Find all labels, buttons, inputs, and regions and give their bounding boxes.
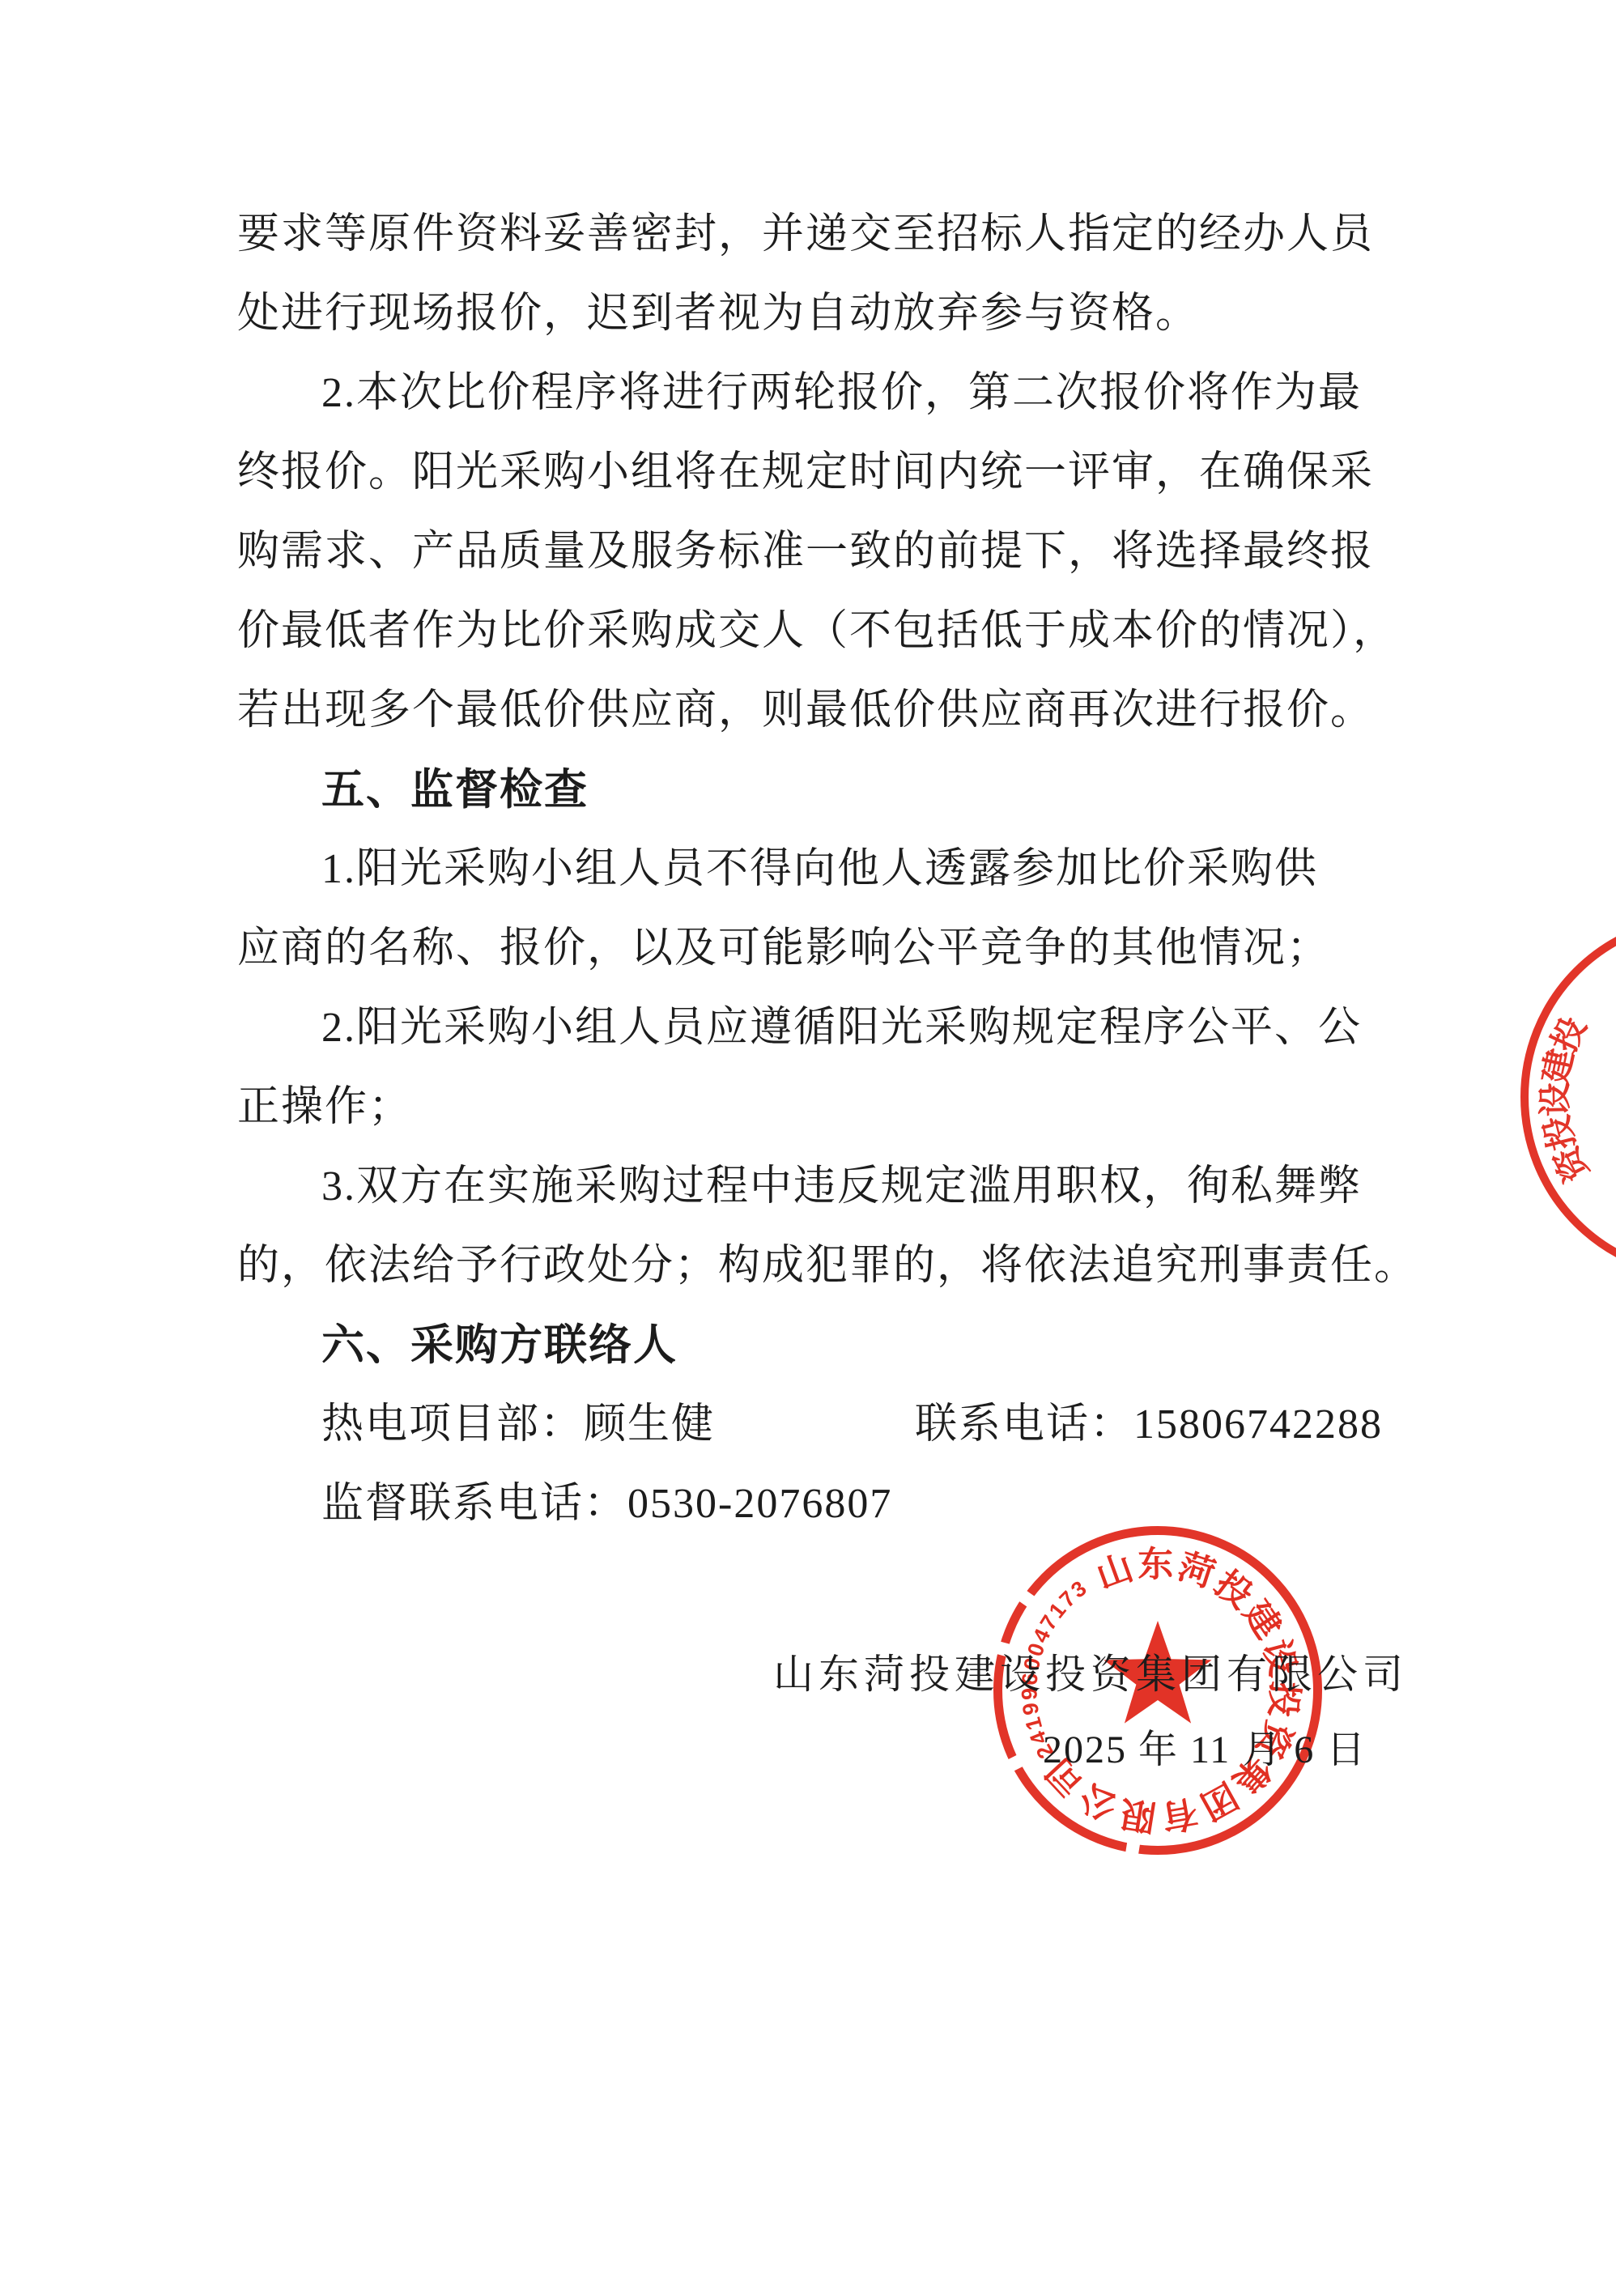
edge-seal: 投建设投资 — [1520, 915, 1616, 1279]
contact-phone: 联系电话：15806742288 — [915, 1402, 1383, 1448]
text-line: 处进行现场报价，迟到者视为自动放弃参与资格。 — [237, 291, 1371, 337]
section-heading: 五、监督检查 — [237, 767, 1455, 813]
text-line: 若出现多个最低价供应商，则最低价供应商再次进行报价。 — [237, 688, 1371, 733]
text-line: 购需求、产品质量及服务标准一致的前提下，将选择最终报 — [237, 529, 1371, 575]
company-signature: 山东菏投建设投资集团有限公司 — [773, 1642, 1408, 1700]
text-line: 3.双方在实施采购过程中违反规定滥用职权，徇私舞弊 — [237, 1164, 1455, 1210]
seal-ring-gap — [1125, 1838, 1141, 1862]
text-line: 热电项目部：顾生健联系电话：15806742288 — [237, 1402, 1455, 1448]
text-line: 的，依法给予行政处分；构成犯罪的，将依法追究刑事责任。 — [237, 1244, 1371, 1289]
section-heading: 六、采购方联络人 — [237, 1323, 1455, 1368]
text-line: 正操作； — [237, 1085, 1371, 1130]
text-line: 应商的名称、报价，以及可能影响公平竞争的其他情况； — [237, 926, 1371, 972]
text-line: 2.本次比价程序将进行两轮报价，第二次报价将作为最 — [237, 371, 1455, 416]
document-page: 要求等原件资料妥善密封，并递交至招标人指定的经办人员处进行现场报价，迟到者视为自… — [0, 0, 1616, 2296]
seal-char: 东 — [1138, 1535, 1174, 1588]
text-line: 价最低者作为比价采购成交人（不包括低于成本价的情况）， — [237, 609, 1371, 654]
text-line: 2.阳光采购小组人员应遵循阳光采购规定程序公平、公 — [237, 1006, 1455, 1051]
signature-date: 2025 年 11 月 6 日 — [1043, 1718, 1367, 1774]
text-line: 终报价。阳光采购小组将在规定时间内统一评审，在确保采 — [237, 450, 1371, 495]
text-line: 1.阳光采购小组人员不得向他人透露参加比价采购供 — [237, 847, 1455, 892]
text-line: 监督联系电话：0530-2076807 — [237, 1482, 1455, 1527]
text-line: 要求等原件资料妥善密封，并递交至招标人指定的经办人员 — [237, 212, 1371, 257]
